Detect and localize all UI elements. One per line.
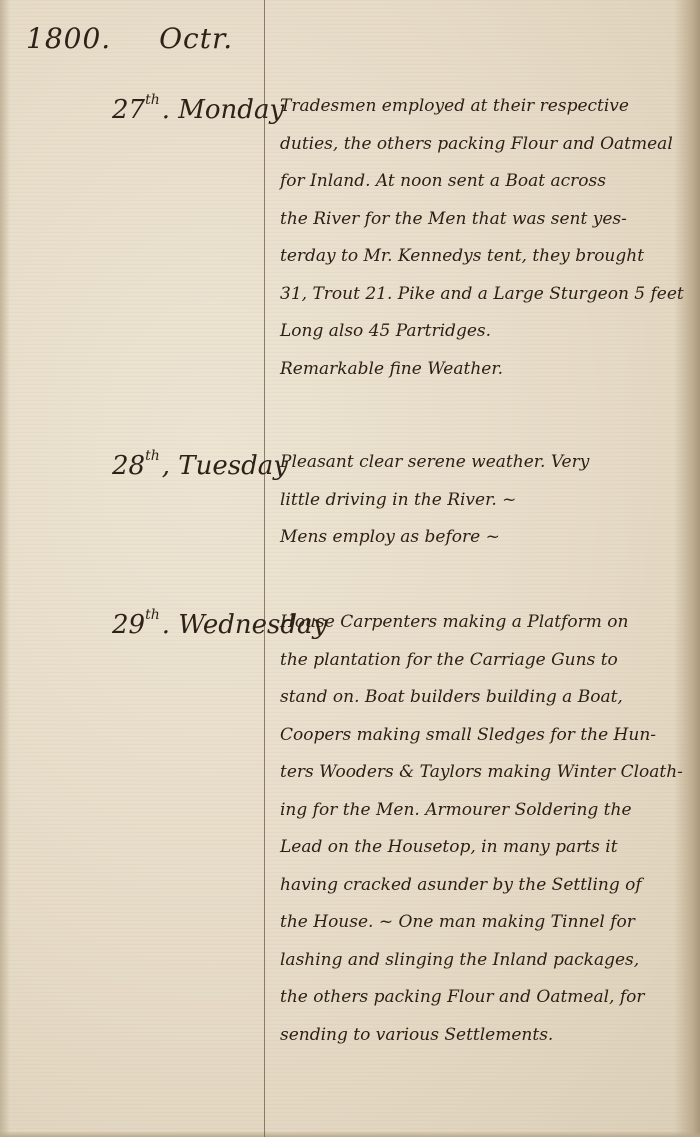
entry-line: the others packing Flour and Oatmeal, fo… [280, 979, 680, 1017]
entry-date-tuesday: 28th, Tuesday [112, 448, 288, 481]
column-rule-line [264, 0, 265, 1137]
entry-line: Tradesmen employed at their respective [280, 88, 680, 126]
journal-entry-tuesday: Pleasant clear serene weather. Very litt… [280, 444, 680, 557]
entry-line: little driving in the River. ~ [280, 482, 680, 520]
entry-line: ters Wooders & Taylors making Winter Clo… [280, 754, 680, 792]
entry-line: for Inland. At noon sent a Boat across [280, 163, 680, 201]
entry-line: Lead on the Housetop, in many parts it [280, 829, 680, 867]
day-number: 29 [112, 610, 145, 640]
entry-line: Pleasant clear serene weather. Very [280, 444, 680, 482]
day-number: 27 [112, 95, 145, 125]
entry-line: Mens employ as before ~ [280, 519, 680, 557]
weekday: Monday [178, 95, 284, 125]
entry-line: ing for the Men. Armourer Soldering the [280, 792, 680, 830]
entry-line: Coopers making small Sledges for the Hun… [280, 717, 680, 755]
day-suffix: th [145, 92, 160, 108]
header-month: Octr. [159, 22, 233, 55]
journal-entry-wednesday: House Carpenters making a Platform on th… [280, 604, 680, 1054]
entry-line: terday to Mr. Kennedys tent, they brough… [280, 238, 680, 276]
day-number: 28 [112, 451, 145, 481]
binding-shadow [0, 0, 10, 1137]
page-edge-bottom [0, 1131, 700, 1137]
entry-line: sending to various Settlements. [280, 1017, 680, 1055]
entry-line: duties, the others packing Flour and Oat… [280, 126, 680, 164]
entry-line: the House. ~ One man making Tinnel for [280, 904, 680, 942]
day-suffix: th [145, 448, 160, 464]
entry-date-monday: 27th. Monday [112, 92, 284, 125]
entry-line: lashing and slinging the Inland packages… [280, 942, 680, 980]
weekday: Tuesday [178, 451, 288, 481]
entry-line: House Carpenters making a Platform on [280, 604, 680, 642]
day-suffix: th [145, 607, 160, 623]
header-year: 1800. [26, 22, 111, 55]
entry-line: stand on. Boat builders building a Boat, [280, 679, 680, 717]
entry-line: the River for the Men that was sent yes- [280, 201, 680, 239]
entry-line: 31, Trout 21. Pike and a Large Sturgeon … [280, 276, 680, 314]
page-header: 1800. Octr. [26, 22, 233, 55]
entry-line: having cracked asunder by the Settling o… [280, 867, 680, 905]
entry-line: Long also 45 Partridges. [280, 313, 680, 351]
journal-entry-monday: Tradesmen employed at their respective d… [280, 88, 680, 388]
entry-line: the plantation for the Carriage Guns to [280, 642, 680, 680]
manuscript-page: 1800. Octr. 27th. Monday Tradesmen emplo… [0, 0, 700, 1137]
entry-line: Remarkable fine Weather. [280, 351, 680, 389]
